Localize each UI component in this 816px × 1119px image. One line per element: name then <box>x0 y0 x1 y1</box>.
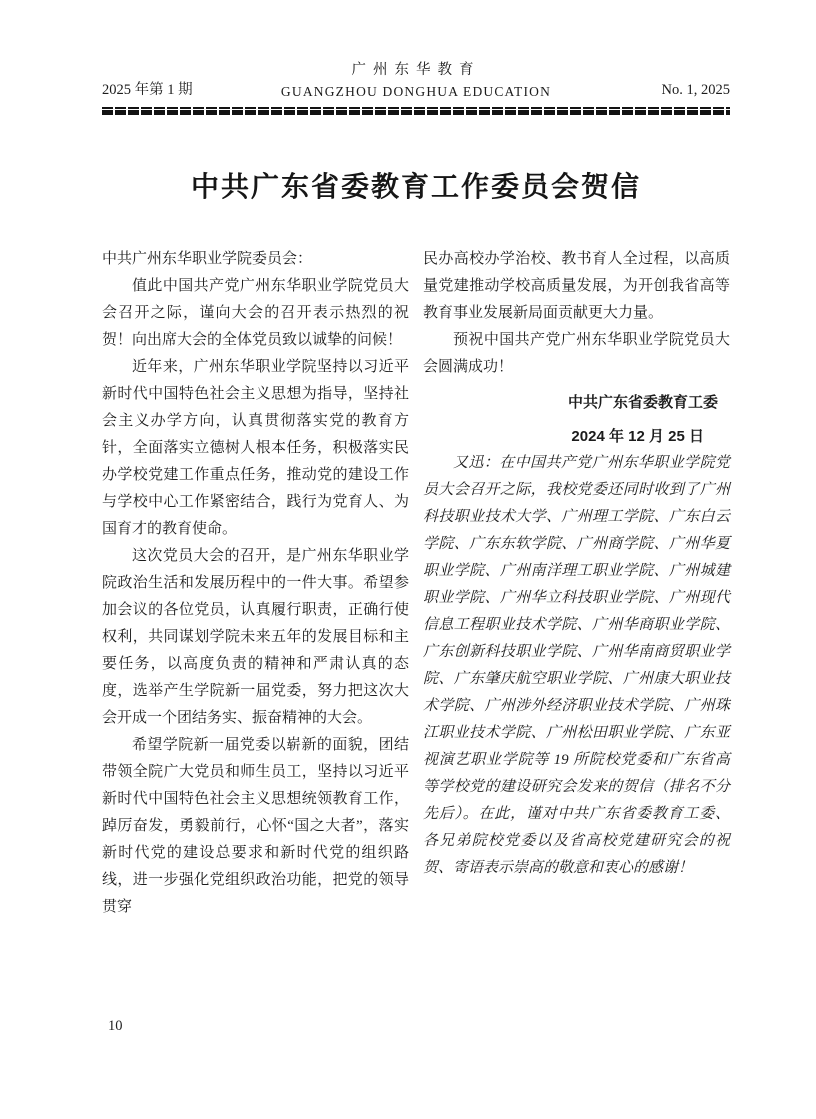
left-column: 中共广州东华职业学院委员会： 值此中国共产党广州东华职业学院党员大会召开之际，谨… <box>102 246 409 921</box>
signature-date: 2024 年 12 月 25 日 <box>423 423 730 450</box>
right-column: 民办高校办学治校、教书育人全过程，以高质量党建推动学校高质量发展，为开创我省高等… <box>423 246 730 921</box>
salutation: 中共广州东华职业学院委员会： <box>102 246 409 273</box>
article-title: 中共广东省委教育工作委员会贺信 <box>102 165 730 205</box>
paragraph: 值此中国共产党广州东华职业学院党员大会召开之际，谨向大会的召开表示热烈的祝贺！向… <box>102 273 409 354</box>
page-number: 10 <box>108 1018 123 1035</box>
journal-name-chinese: 广州东华教育 <box>281 58 551 79</box>
journal-name-english: GUANGZHOU DONGHUA EDUCATION <box>281 84 551 100</box>
journal-header: 2025 年第 1 期 广州东华教育 GUANGZHOU DONGHUA EDU… <box>102 58 730 100</box>
dashed-rule-thick <box>102 110 730 115</box>
article-body: 中共广州东华职业学院委员会： 值此中国共产党广州东华职业学院党员大会召开之际，谨… <box>102 246 730 921</box>
issue-label-chinese: 2025 年第 1 期 <box>102 78 193 100</box>
paragraph-continuation: 民办高校办学治校、教书育人全过程，以高质量党建推动学校高质量发展，为开创我省高等… <box>423 246 730 327</box>
paragraph: 这次党员大会的召开，是广州东华职业学院政治生活和发展历程中的一件大事。希望参加会… <box>102 543 409 732</box>
dashed-rule-thin <box>102 107 730 109</box>
journal-page: 2025 年第 1 期 广州东华教育 GUANGZHOU DONGHUA EDU… <box>0 0 816 1119</box>
header-dashed-rule <box>102 107 730 115</box>
issue-label-english: No. 1, 2025 <box>662 82 730 100</box>
paragraph: 希望学院新一届党委以崭新的面貌，团结带领全院广大党员和师生员工，坚持以习近平新时… <box>102 732 409 921</box>
closing-wish: 预祝中国共产党广州东华职业学院党员大会圆满成功！ <box>423 327 730 381</box>
page-content: 2025 年第 1 期 广州东华教育 GUANGZHOU DONGHUA EDU… <box>102 58 730 921</box>
paragraph: 近年来，广州东华职业学院坚持以习近平新时代中国特色社会主义思想为指导，坚持社会主… <box>102 354 409 543</box>
masthead: 广州东华教育 GUANGZHOU DONGHUA EDUCATION <box>281 58 551 100</box>
signature: 中共广东省委教育工委 <box>423 389 730 416</box>
postscript: 又迅：在中国共产党广州东华职业学院党员大会召开之际，我校党委还同时收到了广州科技… <box>423 450 730 882</box>
